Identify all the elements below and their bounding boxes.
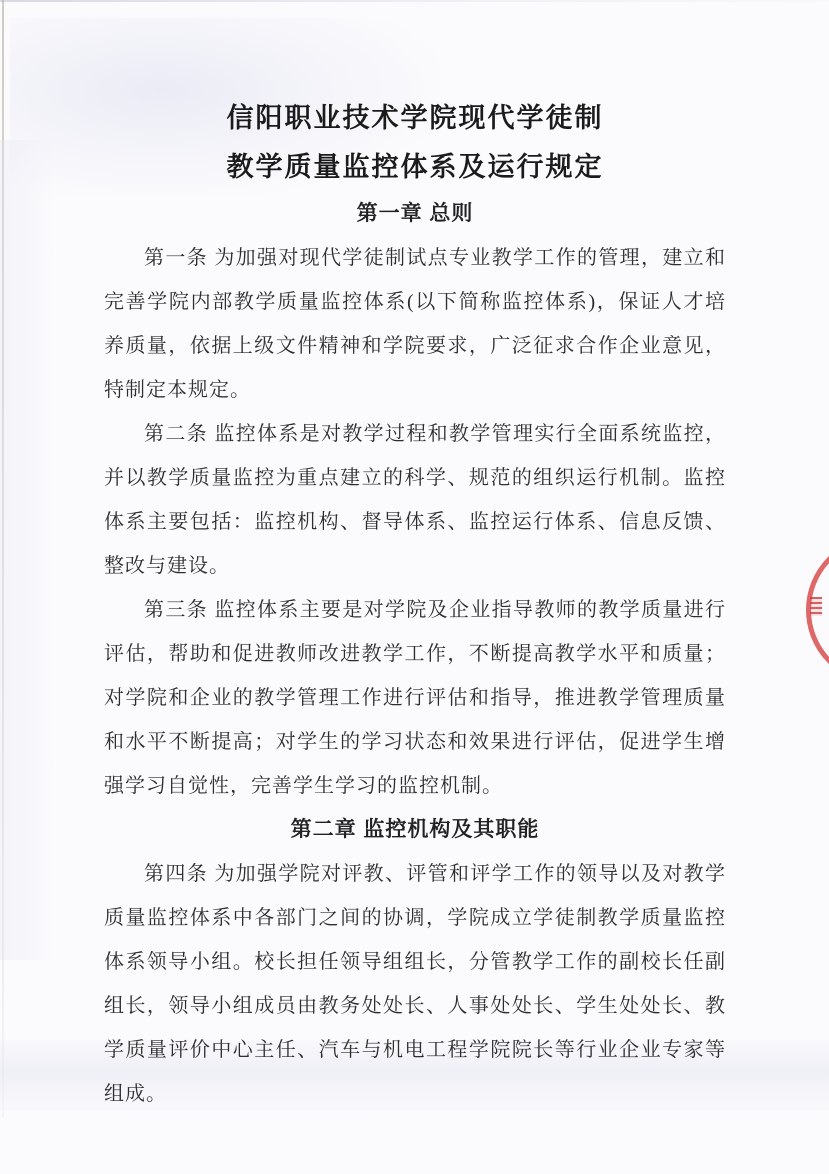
scan-edge-top xyxy=(0,0,829,2)
document-title-line-1: 信阳职业技术学院现代学徒制 xyxy=(104,94,726,143)
chapter-2-heading: 第二章 监控机构及其职能 xyxy=(104,808,726,852)
document-body: 信阳职业技术学院现代学徒制 教学质量监控体系及运行规定 第一章 总则 第一条 为… xyxy=(104,94,726,1116)
document-title-line-2: 教学质量监控体系及运行规定 xyxy=(104,143,726,192)
article-4-paragraph: 第四条 为加强学院对评教、评管和评学工作的领导以及对教学质量监控体系中各部门之间… xyxy=(104,852,726,1116)
article-2-paragraph: 第二条 监控体系是对教学过程和教学管理实行全面系统监控，并以教学质量监控为重点建… xyxy=(104,412,726,588)
red-seal-text-fragment xyxy=(810,597,822,616)
article-3-paragraph: 第三条 监控体系主要是对学院及企业指导教师的教学质量进行评估，帮助和促进教师改进… xyxy=(104,588,726,808)
scan-edge-left xyxy=(2,0,4,1118)
article-1-paragraph: 第一条 为加强对现代学徒制试点专业教学工作的管理，建立和完善学院内部教学质量监控… xyxy=(104,236,726,412)
chapter-1-heading: 第一章 总则 xyxy=(104,192,726,236)
scan-shading-left xyxy=(0,140,70,960)
